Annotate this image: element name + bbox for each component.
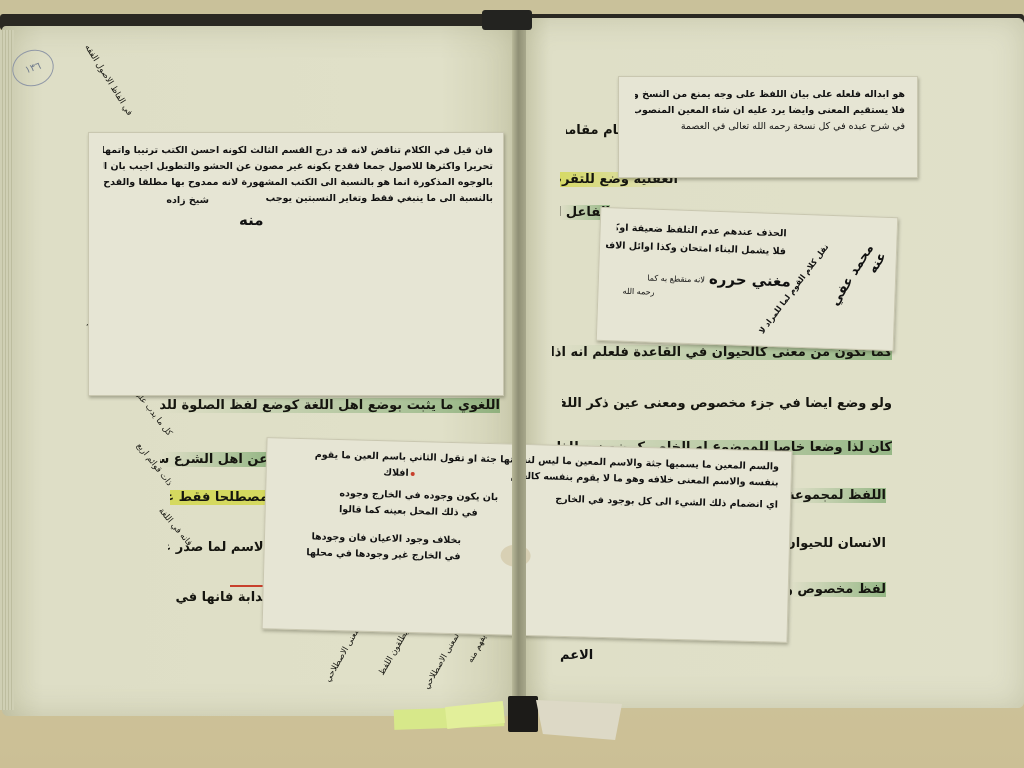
pasted-slip-right-upper: هو ابداله فلعله على بيان اللفظ على وجه ي… xyxy=(618,76,918,178)
slip-line: اي انضمام ذلك الشيء الى كل بوجود في الخا… xyxy=(548,494,778,511)
slip-signature: منه xyxy=(239,211,264,229)
slip-line: والسم المعين ما يسميها جثة والاسم المعين… xyxy=(279,448,779,472)
slip-line: فان قيل في الكلام تناقض لانه قد درج القس… xyxy=(103,145,493,156)
left-main-line-5: الدابة فانها في الاصل xyxy=(172,590,272,605)
right-main-line-9: لفظ مخصوص ولو مثلا xyxy=(790,582,886,597)
left-main-line-2: عن اهل الشرع سمي وضعا xyxy=(160,452,268,467)
pasted-slip-bottom: والسم المعين ما يسميها جثة والاسم المعين… xyxy=(262,437,793,643)
loose-paper-fragment xyxy=(536,700,622,740)
slip-signature: مغني حرره xyxy=(709,270,792,291)
slip-side-signature: محمد عفي عنه xyxy=(824,242,890,322)
slip-line: لانه منقطع به كما xyxy=(615,272,705,284)
binding-bottom xyxy=(508,696,538,732)
slip-line: هو ابداله فلعله على بيان اللفظ على وجه ي… xyxy=(635,89,905,100)
red-dot-marker xyxy=(411,471,415,475)
slip-line: بالنسبة الى ما ينبغي فقط وتغاير النسبتين… xyxy=(263,193,493,204)
binding-top xyxy=(482,10,532,30)
right-main-line-8: الانسان للحيوان الناطق xyxy=(790,536,886,551)
left-page-edges xyxy=(0,30,14,710)
book-gutter xyxy=(512,20,526,720)
slip-line: فلا يشمل البناء امتحان وكذا اوائل الافعا… xyxy=(606,240,786,257)
right-main-line-5: ولو وضع ايضا في جزء مخصوص ومعنى عين ذكر … xyxy=(562,396,892,411)
slip-line: في ذلك المحل بعينه كما قالوا xyxy=(278,502,478,518)
right-main-line-1: قام مقامه xyxy=(566,123,626,138)
left-main-line-1: اللغوي ما يثبت بوضع اهل اللغة كوضع لفظ ا… xyxy=(160,398,500,413)
slip-line: الحذف عندهم عدم التلفظ ضعيفة اوكما xyxy=(617,222,787,239)
slip-attribution: شيخ زاده xyxy=(129,195,209,206)
right-main-line-7: اللفظ لمجموعة والمع xyxy=(790,488,886,503)
left-main-line-3: مصطلحا فقط عاما واركان xyxy=(170,490,268,505)
slip-line: فلا يستقيم المعنى وايضا يرد عليه ان شاء … xyxy=(635,105,905,116)
slip-line: رحمه الله xyxy=(604,286,654,297)
slip-line: بخلاف وجود الاعيان فان وجودها xyxy=(281,531,461,547)
slip-line: بنفسه والاسم المعنى خلافه وهو ما لا يقوم… xyxy=(439,469,779,489)
slip-label-text: افلاك xyxy=(383,467,409,479)
slip-line: في الخارج غير وجودها في محلها xyxy=(280,547,460,563)
slip-line: في شرح عبده في كل نسخة رحمه الله تعالى ف… xyxy=(635,121,905,132)
pasted-slip-left-upper: فان قيل في الكلام تناقض لانه قد درج القس… xyxy=(88,132,504,396)
catchword: الاعم xyxy=(560,648,593,663)
slip-line: بالوجوه المذكورة انما هو بالنسبة الى الك… xyxy=(103,177,493,188)
pasted-slip-right-middle: الحذف عندهم عدم التلفظ ضعيفة اوكما فلا ي… xyxy=(596,207,898,351)
slip-label: افلاك xyxy=(357,467,417,480)
slip-line: بان يكون وجوده في الخارج وجوده xyxy=(278,486,498,503)
slip-line: تحريرا واكثرها للاصول جمعا فقدح بكونه غي… xyxy=(103,161,493,172)
